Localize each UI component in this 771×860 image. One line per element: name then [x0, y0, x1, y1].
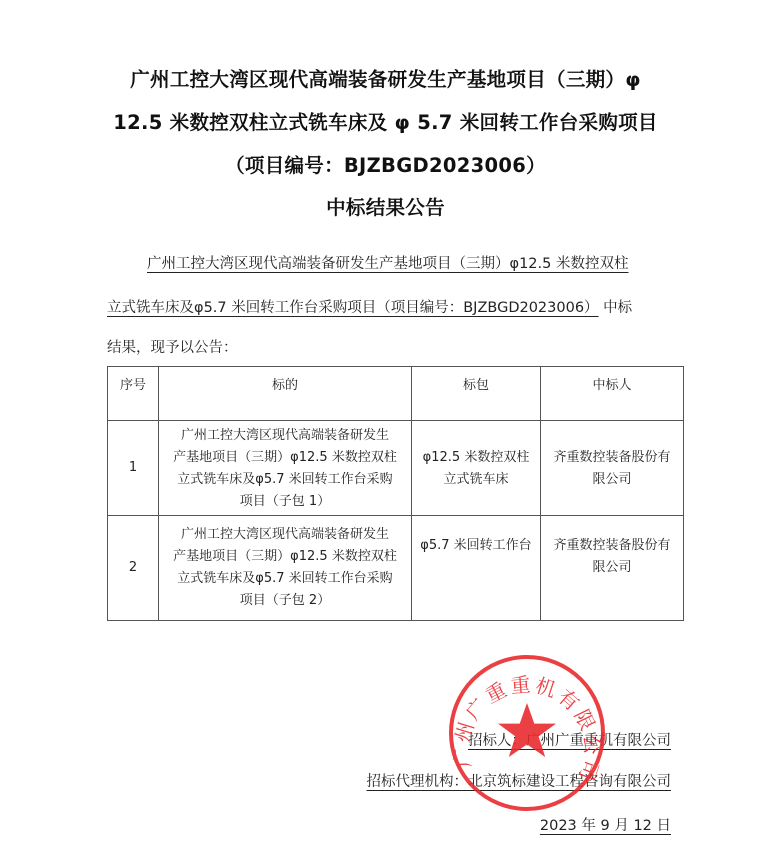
winner-line: 齐重数控装备股份有 [541, 535, 683, 557]
header-package: 标包 [412, 367, 541, 421]
table-row: 1 广州工控大湾区现代高端装备研发生 产基地项目（三期）φ12.5 米数控双柱 … [108, 421, 684, 516]
intro-line-3: 结果，现予以公告： [107, 336, 238, 357]
cell-subject: 广州工控大湾区现代高端装备研发生 产基地项目（三期）φ12.5 米数控双柱 立式… [159, 421, 412, 516]
announcement-date: 2023 年 9 月 12 日 [540, 814, 671, 835]
cell-package: φ5.7 米回转工作台 [412, 516, 541, 621]
subject-line: 立式铣车床及φ5.7 米回转工作台采购 [159, 469, 411, 491]
table-row: 2 广州工控大湾区现代高端装备研发生 产基地项目（三期）φ12.5 米数控双柱 … [108, 516, 684, 621]
title-line-3: （项目编号：BJZBGD2023006） [0, 150, 771, 178]
result-table: 序号 标的 标包 中标人 1 广州工控大湾区现代高端装备研发生 产基地项目（三期… [107, 366, 684, 621]
header-no: 序号 [108, 367, 159, 421]
package-line: φ5.7 米回转工作台 [412, 535, 540, 557]
winner-line: 限公司 [541, 557, 683, 579]
header-subject: 标的 [159, 367, 412, 421]
intro-line-2: 立式铣车床及φ5.7 米回转工作台采购项目（项目编号：BJZBGD2023006… [107, 296, 632, 317]
subject-line: 广州工控大湾区现代高端装备研发生 [159, 524, 411, 546]
package-line: φ12.5 米数控双柱 [412, 447, 540, 469]
subject-line: 广州工控大湾区现代高端装备研发生 [159, 425, 411, 447]
intro-line-2-project: 立式铣车床及φ5.7 米回转工作台采购项目（项目编号：BJZBGD2023006… [107, 300, 599, 316]
header-winner: 中标人 [541, 367, 684, 421]
subject-line: 产基地项目（三期）φ12.5 米数控双柱 [159, 546, 411, 568]
cell-package: φ12.5 米数控双柱 立式铣车床 [412, 421, 541, 516]
subject-line: 产基地项目（三期）φ12.5 米数控双柱 [159, 447, 411, 469]
intro-line-2-suffix: 中标 [603, 300, 632, 316]
cell-no: 2 [108, 516, 159, 621]
subject-line: 项目（子包 1） [159, 491, 411, 513]
package-line: 立式铣车床 [412, 469, 540, 491]
intro-line-1: 广州工控大湾区现代高端装备研发生产基地项目（三期）φ12.5 米数控双柱 [147, 252, 628, 273]
table-header-row: 序号 标的 标包 中标人 [108, 367, 684, 421]
winner-line: 限公司 [541, 469, 683, 491]
title-line-2: 12.5 米数控双柱立式铣车床及 φ 5.7 米回转工作台采购项目 [0, 107, 771, 135]
tender-agency: 招标代理机构：北京筑标建设工程咨询有限公司 [367, 770, 672, 791]
cell-winner: 齐重数控装备股份有 限公司 [541, 516, 684, 621]
title-line-1: 广州工控大湾区现代高端装备研发生产基地项目（三期）φ [0, 64, 771, 92]
cell-subject: 广州工控大湾区现代高端装备研发生 产基地项目（三期）φ12.5 米数控双柱 立式… [159, 516, 412, 621]
winner-line: 齐重数控装备股份有 [541, 447, 683, 469]
subject-line: 项目（子包 2） [159, 590, 411, 612]
tenderer: 招标人：广州广重重机有限公司 [468, 729, 671, 750]
cell-no: 1 [108, 421, 159, 516]
cell-winner: 齐重数控装备股份有 限公司 [541, 421, 684, 516]
subject-line: 立式铣车床及φ5.7 米回转工作台采购 [159, 568, 411, 590]
title-line-4: 中标结果公告 [0, 192, 771, 220]
